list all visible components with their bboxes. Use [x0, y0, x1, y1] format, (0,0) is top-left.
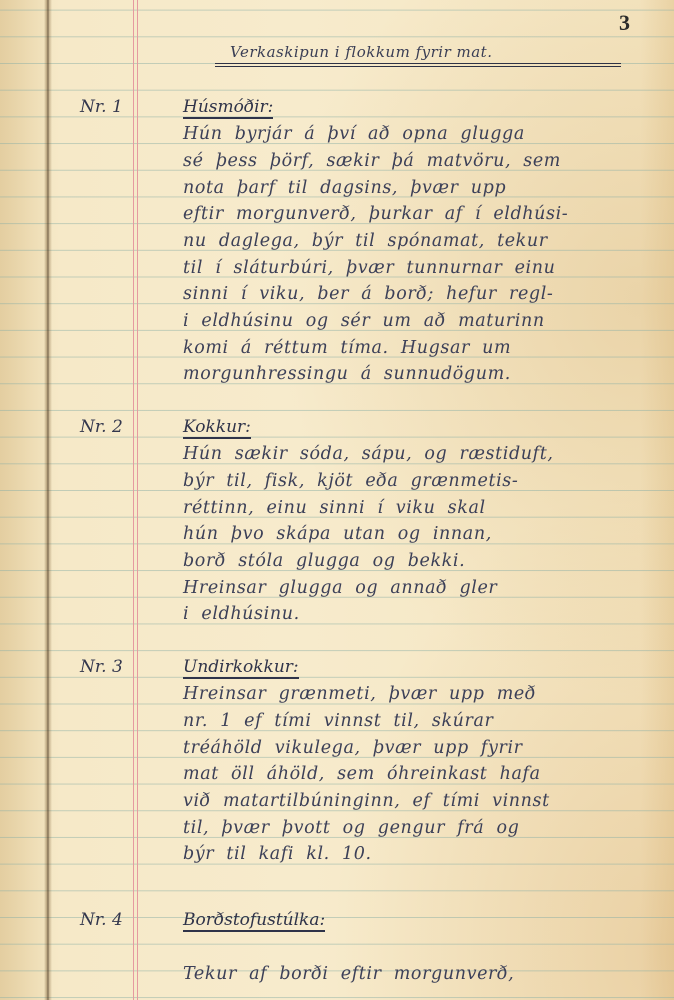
text-line: Hreinsar glugga og annað gler — [183, 577, 497, 599]
text-line: til í sláturbúri, þvær tunnurnar einu — [183, 257, 555, 279]
section-heading: Kokkur: — [183, 417, 251, 439]
text-line: við matartilbúninginn, ef tími vinnst — [183, 790, 550, 812]
text-line: nr. 1 ef tími vinnst til, skúrar — [183, 710, 494, 732]
margin-line — [133, 0, 134, 1000]
margin-line — [137, 0, 138, 1000]
text-line: morgunhressingu á sunnudögum. — [183, 363, 511, 385]
page-title: Verkaskipun i flokkum fyrir mat. — [230, 43, 492, 61]
section-heading: Húsmóðir: — [183, 97, 273, 119]
text-line: nota þarf til dagsins, þvær upp — [183, 177, 506, 199]
text-line: Tekur af borði eftir morgunverð, — [183, 963, 514, 985]
text-line: borð stóla glugga og bekki. — [183, 550, 465, 572]
section-heading: Borðstofustúlka: — [183, 910, 325, 932]
text-line: býr til, fisk, kjöt eða grænmetis- — [183, 470, 518, 492]
text-line: tréáhöld vikulega, þvær upp fyrir — [183, 737, 523, 759]
text-line: i eldhúsinu. — [183, 603, 300, 625]
section-heading: Undirkokkur: — [183, 657, 299, 679]
section-number: Nr. 1 — [80, 97, 123, 117]
text-line: Hún sækir sóda, sápu, og ræstiduft, — [183, 443, 554, 465]
section-number: Nr. 2 — [80, 417, 123, 437]
text-line: mat öll áhöld, sem óhreinkast hafa — [183, 763, 541, 785]
text-line: býr til kafi kl. 10. — [183, 843, 372, 865]
text-line: nu daglega, býr til spónamat, tekur — [183, 230, 548, 252]
text-line: sinni í viku, ber á borð; hefur regl- — [183, 283, 553, 305]
text-line: i eldhúsinu og sér um að maturinn — [183, 310, 545, 332]
text-line: til, þvær þvott og gengur frá og — [183, 817, 519, 839]
section-number: Nr. 3 — [80, 657, 123, 677]
text-line: Hún byrjár á því að opna glugga — [183, 123, 525, 145]
page-number: 3 — [619, 10, 630, 36]
book-binding-fold — [44, 0, 52, 1000]
text-line: eftir morgunverð, þurkar af í eldhúsi- — [183, 203, 568, 225]
text-line: komi á réttum tíma. Hugsar um — [183, 337, 511, 359]
notebook-page: 3 Verkaskipun i flokkum fyrir mat. Nr. 1… — [0, 0, 674, 1000]
title-double-underline — [215, 63, 621, 67]
text-line: Hreinsar grænmeti, þvær upp með — [183, 683, 536, 705]
text-line: sé þess þörf, sækir þá matvöru, sem — [183, 150, 561, 172]
text-line: hún þvo skápa utan og innan, — [183, 523, 492, 545]
text-line: réttinn, einu sinni í viku skal — [183, 497, 486, 519]
section-number: Nr. 4 — [80, 910, 123, 930]
